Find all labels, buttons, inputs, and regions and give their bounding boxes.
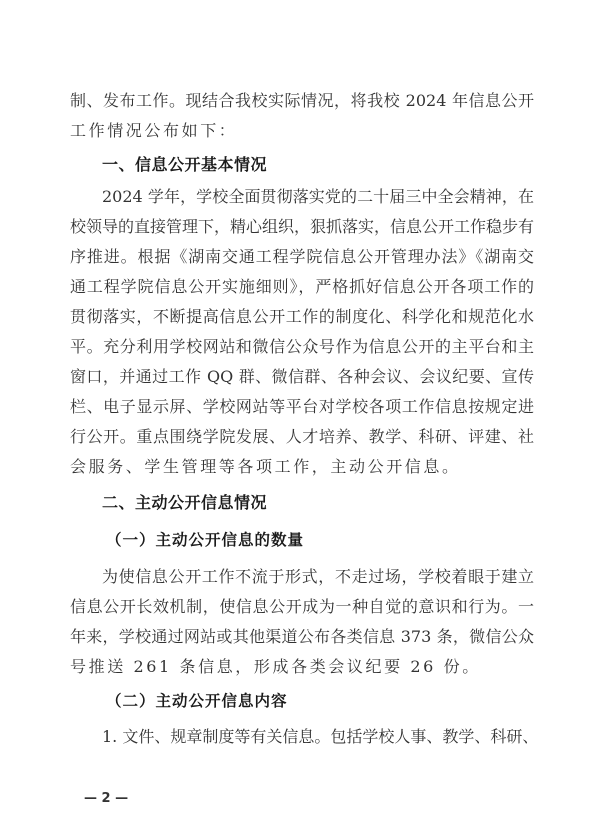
subsection-heading-1: （一）主动公开信息的数量 bbox=[106, 530, 304, 550]
body-text-line: 年来，学校通过网站或其他渠道公布各类信息 373 条，微信公众 bbox=[70, 627, 534, 647]
body-text-line: 2024 学年，学校全面贯彻落实党的二十届三中全会精神，在 bbox=[102, 187, 534, 207]
body-text-line: 会服务、学生管理等各项工作，主动公开信息。 bbox=[70, 457, 534, 477]
body-text-line: 制、发布工作。现结合我校实际情况，将我校 2024 年信息公开 bbox=[70, 91, 534, 111]
body-text-line: 行公开。重点围绕学院发展、人才培养、教学、科研、评建、社 bbox=[70, 427, 534, 447]
body-text-line: 通工程学院信息公开实施细则》，严格抓好信息公开各项工作的 bbox=[70, 277, 534, 297]
section-heading-1: 一、信息公开基本情况 bbox=[102, 155, 267, 175]
body-text-line: 校领导的直接管理下，精心组织，狠抓落实，信息公开工作稳步有 bbox=[70, 217, 534, 237]
document-page: 制、发布工作。现结合我校实际情况，将我校 2024 年信息公开 工作情况公布如下… bbox=[0, 0, 600, 838]
body-text-line: 1. 文件、规章制度等有关信息。包括学校人事、教学、科研、 bbox=[102, 727, 534, 747]
body-text-line: 栏、电子显示屏、学校网站等平台对学校各项工作信息按规定进 bbox=[70, 397, 534, 417]
body-text-line: 信息公开长效机制，使信息公开成为一种自觉的意识和行为。一 bbox=[70, 597, 534, 617]
body-text-line: 平。充分利用学校网站和微信公众号作为信息公开的主平台和主 bbox=[70, 337, 534, 357]
section-heading-2: 二、主动公开信息情况 bbox=[102, 493, 267, 513]
body-text-line: 序推进。根据《湖南交通工程学院信息公开管理办法》《湖南交 bbox=[70, 247, 534, 267]
subsection-heading-2: （二）主动公开信息内容 bbox=[106, 691, 288, 711]
body-text-line: 窗口，并通过工作 QQ 群、微信群、各种会议、会议纪要、宣传 bbox=[70, 367, 534, 387]
body-text-line: 为使信息公开工作不流于形式，不走过场，学校着眼于建立 bbox=[102, 567, 534, 587]
body-text-line: 号推送 261 条信息，形成各类会议纪要 26 份。 bbox=[70, 657, 534, 677]
body-text-line: 工作情况公布如下： bbox=[70, 121, 534, 141]
body-text-line: 贯彻落实，不断提高信息公开工作的制度化、科学化和规范化水 bbox=[70, 307, 534, 327]
page-number: — 2 — bbox=[84, 791, 128, 806]
